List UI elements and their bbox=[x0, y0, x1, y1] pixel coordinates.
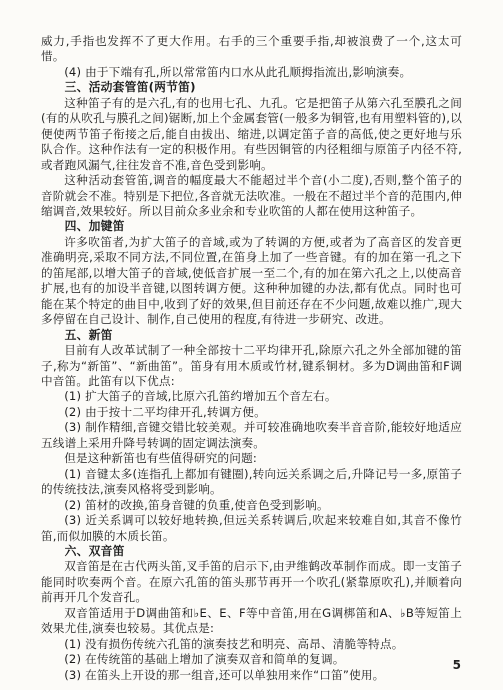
section-heading-keyed-flute: 四、加键笛 bbox=[41, 219, 462, 234]
paragraph: 这种活动套管笛,调音的幅度最大不能超过半个音(小二度),否则,整个笛子的音阶就会… bbox=[41, 173, 462, 219]
list-item: (2) 笛材的改换,笛身音键的负重,使音色受到影响。 bbox=[41, 498, 462, 513]
list-item: (3) 近关系调可以较好地转换,但远关系转调后,吹起来较难自如,其音不像竹笛,而… bbox=[41, 513, 462, 544]
list-item: (2) 在传统笛的基础上增加了演奏双音和简单的复调。 bbox=[41, 652, 462, 667]
list-item: (3) 在笛头上开设的那一组音,还可以单独用来作“口笛”使用。 bbox=[41, 668, 462, 683]
paragraph: 双音笛是在古代两头笛,叉手笛的启示下,由尹维鹤改革制作而成。即一支笛子能同时吹奏… bbox=[41, 559, 462, 605]
section-heading-sleeve-flute: 三、活动套管笛(两节笛) bbox=[41, 80, 462, 95]
paragraph: 这种笛子有的是六孔,有的也用七孔、九孔。它是把笛子从第六孔至膜孔之间(有的从吹孔… bbox=[41, 96, 462, 173]
list-item: (4) 由于下端有孔,所以常常笛内口水从此孔顺拇指流出,影响演奏。 bbox=[41, 65, 462, 80]
page-text-block: 威力,手指也发挥不了更大作用。右手的三个重要手指,却被浪费了一个,这太可惜。 (… bbox=[41, 34, 462, 683]
book-page: 威力,手指也发挥不了更大作用。右手的三个重要手指,却被浪费了一个,这太可惜。 (… bbox=[0, 0, 503, 690]
list-item: (1) 扩大笛子的音域,比原六孔笛约增加五个音左右。 bbox=[41, 389, 462, 404]
paragraph: 许多吹笛者,为扩大笛子的音域,或为了转调的方便,或者为了高音区的发音更准确明亮,… bbox=[41, 235, 462, 328]
paragraph: 但是这种新笛也有些值得研究的问题: bbox=[41, 451, 462, 466]
section-heading-new-flute: 五、新笛 bbox=[41, 328, 462, 343]
list-item: (1) 音键太多(连指孔上都加有键圈),转向远关系调之后,升降记号一多,原笛子的… bbox=[41, 467, 462, 498]
list-item: (2) 由于按十二平均律开孔,转调方便。 bbox=[41, 405, 462, 420]
paragraph: 目前有人改革试制了一种全部按十二平均律开孔,除原六孔之外全部加键的笛子,称为“新… bbox=[41, 343, 462, 389]
paragraph: 双音笛适用于D调曲笛和♭E、E、F等中音笛,用在G调梆笛和A、♭B等短笛上效果尤… bbox=[41, 606, 462, 637]
list-item: (3) 制作精细,音键交错比较美观。并可较准确地吹奏半音音阶,能较好地适应五线谱… bbox=[41, 420, 462, 451]
page-number: 5 bbox=[453, 658, 461, 672]
list-item: (1) 没有损伤传统六孔笛的演奏技艺和明亮、高昂、清脆等特点。 bbox=[41, 637, 462, 652]
section-heading-double-tone-flute: 六、双音笛 bbox=[41, 544, 462, 559]
paragraph-continuation: 威力,手指也发挥不了更大作用。右手的三个重要手指,却被浪费了一个,这太可惜。 bbox=[41, 34, 462, 65]
